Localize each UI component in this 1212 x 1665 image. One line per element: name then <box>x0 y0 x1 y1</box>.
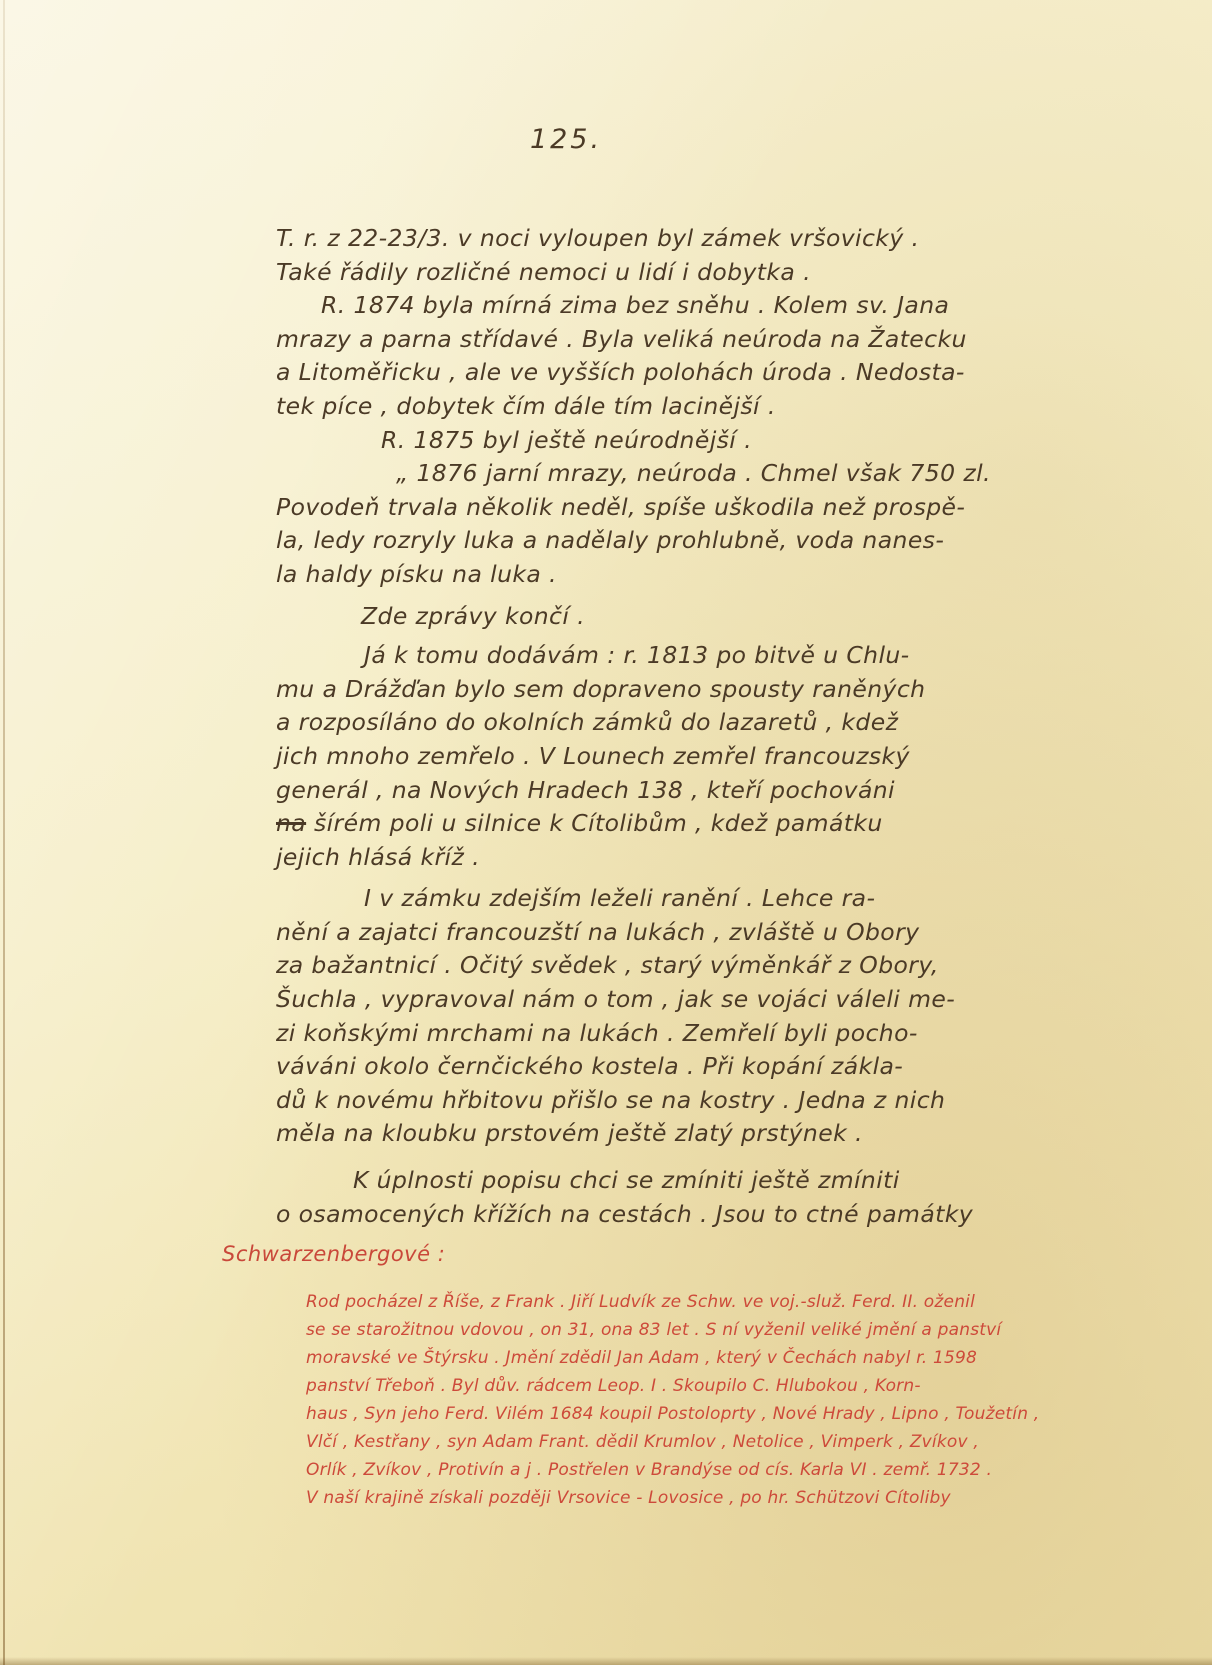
manuscript-line: „ 1876 jarní mrazy, neúroda . Chmel však… <box>276 457 996 491</box>
page-bottom-shadow <box>0 1657 1212 1665</box>
manuscript-line: dů k novému hřbitovu přišlo se na kostry… <box>276 1084 996 1118</box>
manuscript-line: a Litoměřicku , ale ve vyšších polohách … <box>276 356 996 390</box>
paragraph: R. 1875 byl ještě neúrodnější . <box>276 424 996 458</box>
paragraph: Já k tomu dodávám : r. 1813 po bitvě u C… <box>276 639 996 874</box>
manuscript-line: Také řádily rozličné nemoci u lidí i dob… <box>276 256 996 290</box>
manuscript-line: na šírém poli u silnice k Cítolibům , kd… <box>276 807 996 841</box>
manuscript-line: la, ledy rozryly luka a nadělaly prohlub… <box>276 524 996 558</box>
footnote-text: Rod pocházel z Říše, z Frank . Jiří Ludv… <box>306 1288 1006 1512</box>
footnote-line: V naší krajině získali později Vrsovice … <box>306 1484 1006 1512</box>
paragraph: K úplnosti popisu chci se zmíniti ještě … <box>276 1164 996 1231</box>
manuscript-line: Povodeň trvala několik neděl, spíše uško… <box>276 491 996 525</box>
footnote-line: moravské ve Štýrsku . Jmění zdědil Jan A… <box>306 1344 1006 1372</box>
footnote-line: Vlčí , Kestřany , syn Adam Frant. dědil … <box>306 1428 1006 1456</box>
manuscript-line: I v zámku zdejším leželi ranění . Lehce … <box>276 882 996 916</box>
paragraph: „ 1876 jarní mrazy, neúroda . Chmel však… <box>276 457 996 591</box>
manuscript-line: měla na kloubku prstovém ještě zlatý prs… <box>276 1117 996 1151</box>
manuscript-line: mu a Drážďan bylo sem dopraveno spousty … <box>276 673 996 707</box>
page-number: 125. <box>506 124 626 155</box>
manuscript-line: R. 1874 byla mírná zima bez sněhu . Kole… <box>276 289 996 323</box>
paragraph: T. r. z 22-23/3. v noci vyloupen byl zám… <box>276 222 996 289</box>
manuscript-line: la haldy písku na luka . <box>276 558 996 592</box>
manuscript-line: R. 1875 byl ještě neúrodnější . <box>276 424 996 458</box>
manuscript-body: T. r. z 22-23/3. v noci vyloupen byl zám… <box>276 222 996 1231</box>
footnote-line: haus , Syn jeho Ferd. Vilém 1684 koupil … <box>306 1400 1006 1428</box>
manuscript-line: Zde zprávy končí . <box>276 600 996 634</box>
paragraph: I v zámku zdejším leželi ranění . Lehce … <box>276 882 996 1151</box>
manuscript-line: jich mnoho zemřelo . V Lounech zemřel fr… <box>276 740 996 774</box>
paragraph: Zde zprávy končí . <box>276 600 996 634</box>
manuscript-line: T. r. z 22-23/3. v noci vyloupen byl zám… <box>276 222 996 256</box>
struck-word: na <box>276 809 306 837</box>
footnote-line: Rod pocházel z Říše, z Frank . Jiří Ludv… <box>306 1288 1006 1316</box>
manuscript-line: Šuchla , vypravoval nám o tom , jak se v… <box>276 983 996 1017</box>
line-rest: šírém poli u silnice k Cítolibům , kdež … <box>314 809 883 837</box>
manuscript-line: a rozposíláno do okolních zámků do lazar… <box>276 706 996 740</box>
footnote-line: Orlík , Zvíkov , Protivín a j . Postřele… <box>306 1456 1006 1484</box>
manuscript-line: generál , na Nových Hradech 138 , kteří … <box>276 774 996 808</box>
manuscript-line: o osamocených křížích na cestách . Jsou … <box>276 1198 996 1232</box>
paragraph: R. 1874 byla mírná zima bez sněhu . Kole… <box>276 289 996 423</box>
manuscript-line: za bažantnicí . Očitý svědek , starý vým… <box>276 949 996 983</box>
manuscript-line: K úplnosti popisu chci se zmíniti ještě … <box>276 1164 996 1198</box>
manuscript-line: nění a zajatci francouzští na lukách , z… <box>276 916 996 950</box>
footnote-line: se se starožitnou vdovou , on 31, ona 83… <box>306 1316 1006 1344</box>
footnote-heading: Schwarzenbergové : <box>222 1242 445 1266</box>
manuscript-line: tek píce , dobytek čím dále tím lacinějš… <box>276 390 996 424</box>
manuscript-line: Já k tomu dodávám : r. 1813 po bitvě u C… <box>276 639 996 673</box>
manuscript-line: jejich hlásá kříž . <box>276 841 996 875</box>
page-edge-line <box>3 0 5 1665</box>
manuscript-page: 125. T. r. z 22-23/3. v noci vyloupen by… <box>0 0 1212 1665</box>
footnote-line: panství Třeboň . Byl dův. rádcem Leop. I… <box>306 1372 1006 1400</box>
manuscript-line: zi koňskými mrchami na lukách . Zemřelí … <box>276 1017 996 1051</box>
manuscript-line: váváni okolo černčického kostela . Při k… <box>276 1050 996 1084</box>
manuscript-line: mrazy a parna střídavé . Byla veliká neú… <box>276 323 996 357</box>
